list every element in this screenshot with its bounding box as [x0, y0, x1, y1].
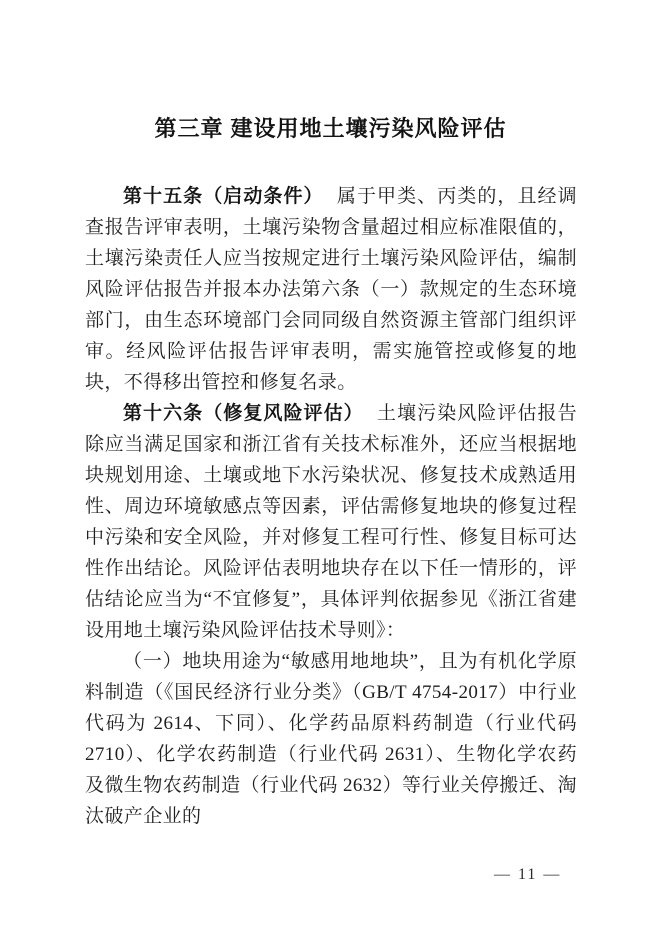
- page-number: — 11 —: [494, 866, 561, 884]
- chapter-title: 第三章 建设用地土壤污染风险评估: [0, 112, 661, 143]
- item-one-text: （一）地块用途为“敏感用地地块”，且为有机化学原料制造（《国民经济行业分类》（G…: [85, 651, 577, 827]
- article-15-text: 属于甲类、丙类的，且经调查报告评审表明，土壤污染物含量超过相应标准限值的，土壤污…: [85, 186, 577, 393]
- article-16-lead: 第十六条（修复风险评估）: [123, 403, 364, 424]
- article-16-text: 土壤污染风险评估报告除应当满足国家和浙江省有关技术标准外，还应当根据地块规划用途…: [85, 403, 577, 641]
- article-15-paragraph: 第十五条（启动条件）属于甲类、丙类的，且经调查报告评审表明，土壤污染物含量超过相…: [85, 181, 577, 398]
- document-body: 第十五条（启动条件）属于甲类、丙类的，且经调查报告评审表明，土壤污染物含量超过相…: [85, 181, 577, 832]
- document-page: 第三章 建设用地土壤污染风险评估 第十五条（启动条件）属于甲类、丙类的，且经调查…: [0, 0, 661, 935]
- item-one-paragraph: （一）地块用途为“敏感用地地块”，且为有机化学原料制造（《国民经济行业分类》（G…: [85, 646, 577, 832]
- article-15-lead: 第十五条（启动条件）: [123, 186, 324, 207]
- article-16-paragraph: 第十六条（修复风险评估）土壤污染风险评估报告除应当满足国家和浙江省有关技术标准外…: [85, 398, 577, 646]
